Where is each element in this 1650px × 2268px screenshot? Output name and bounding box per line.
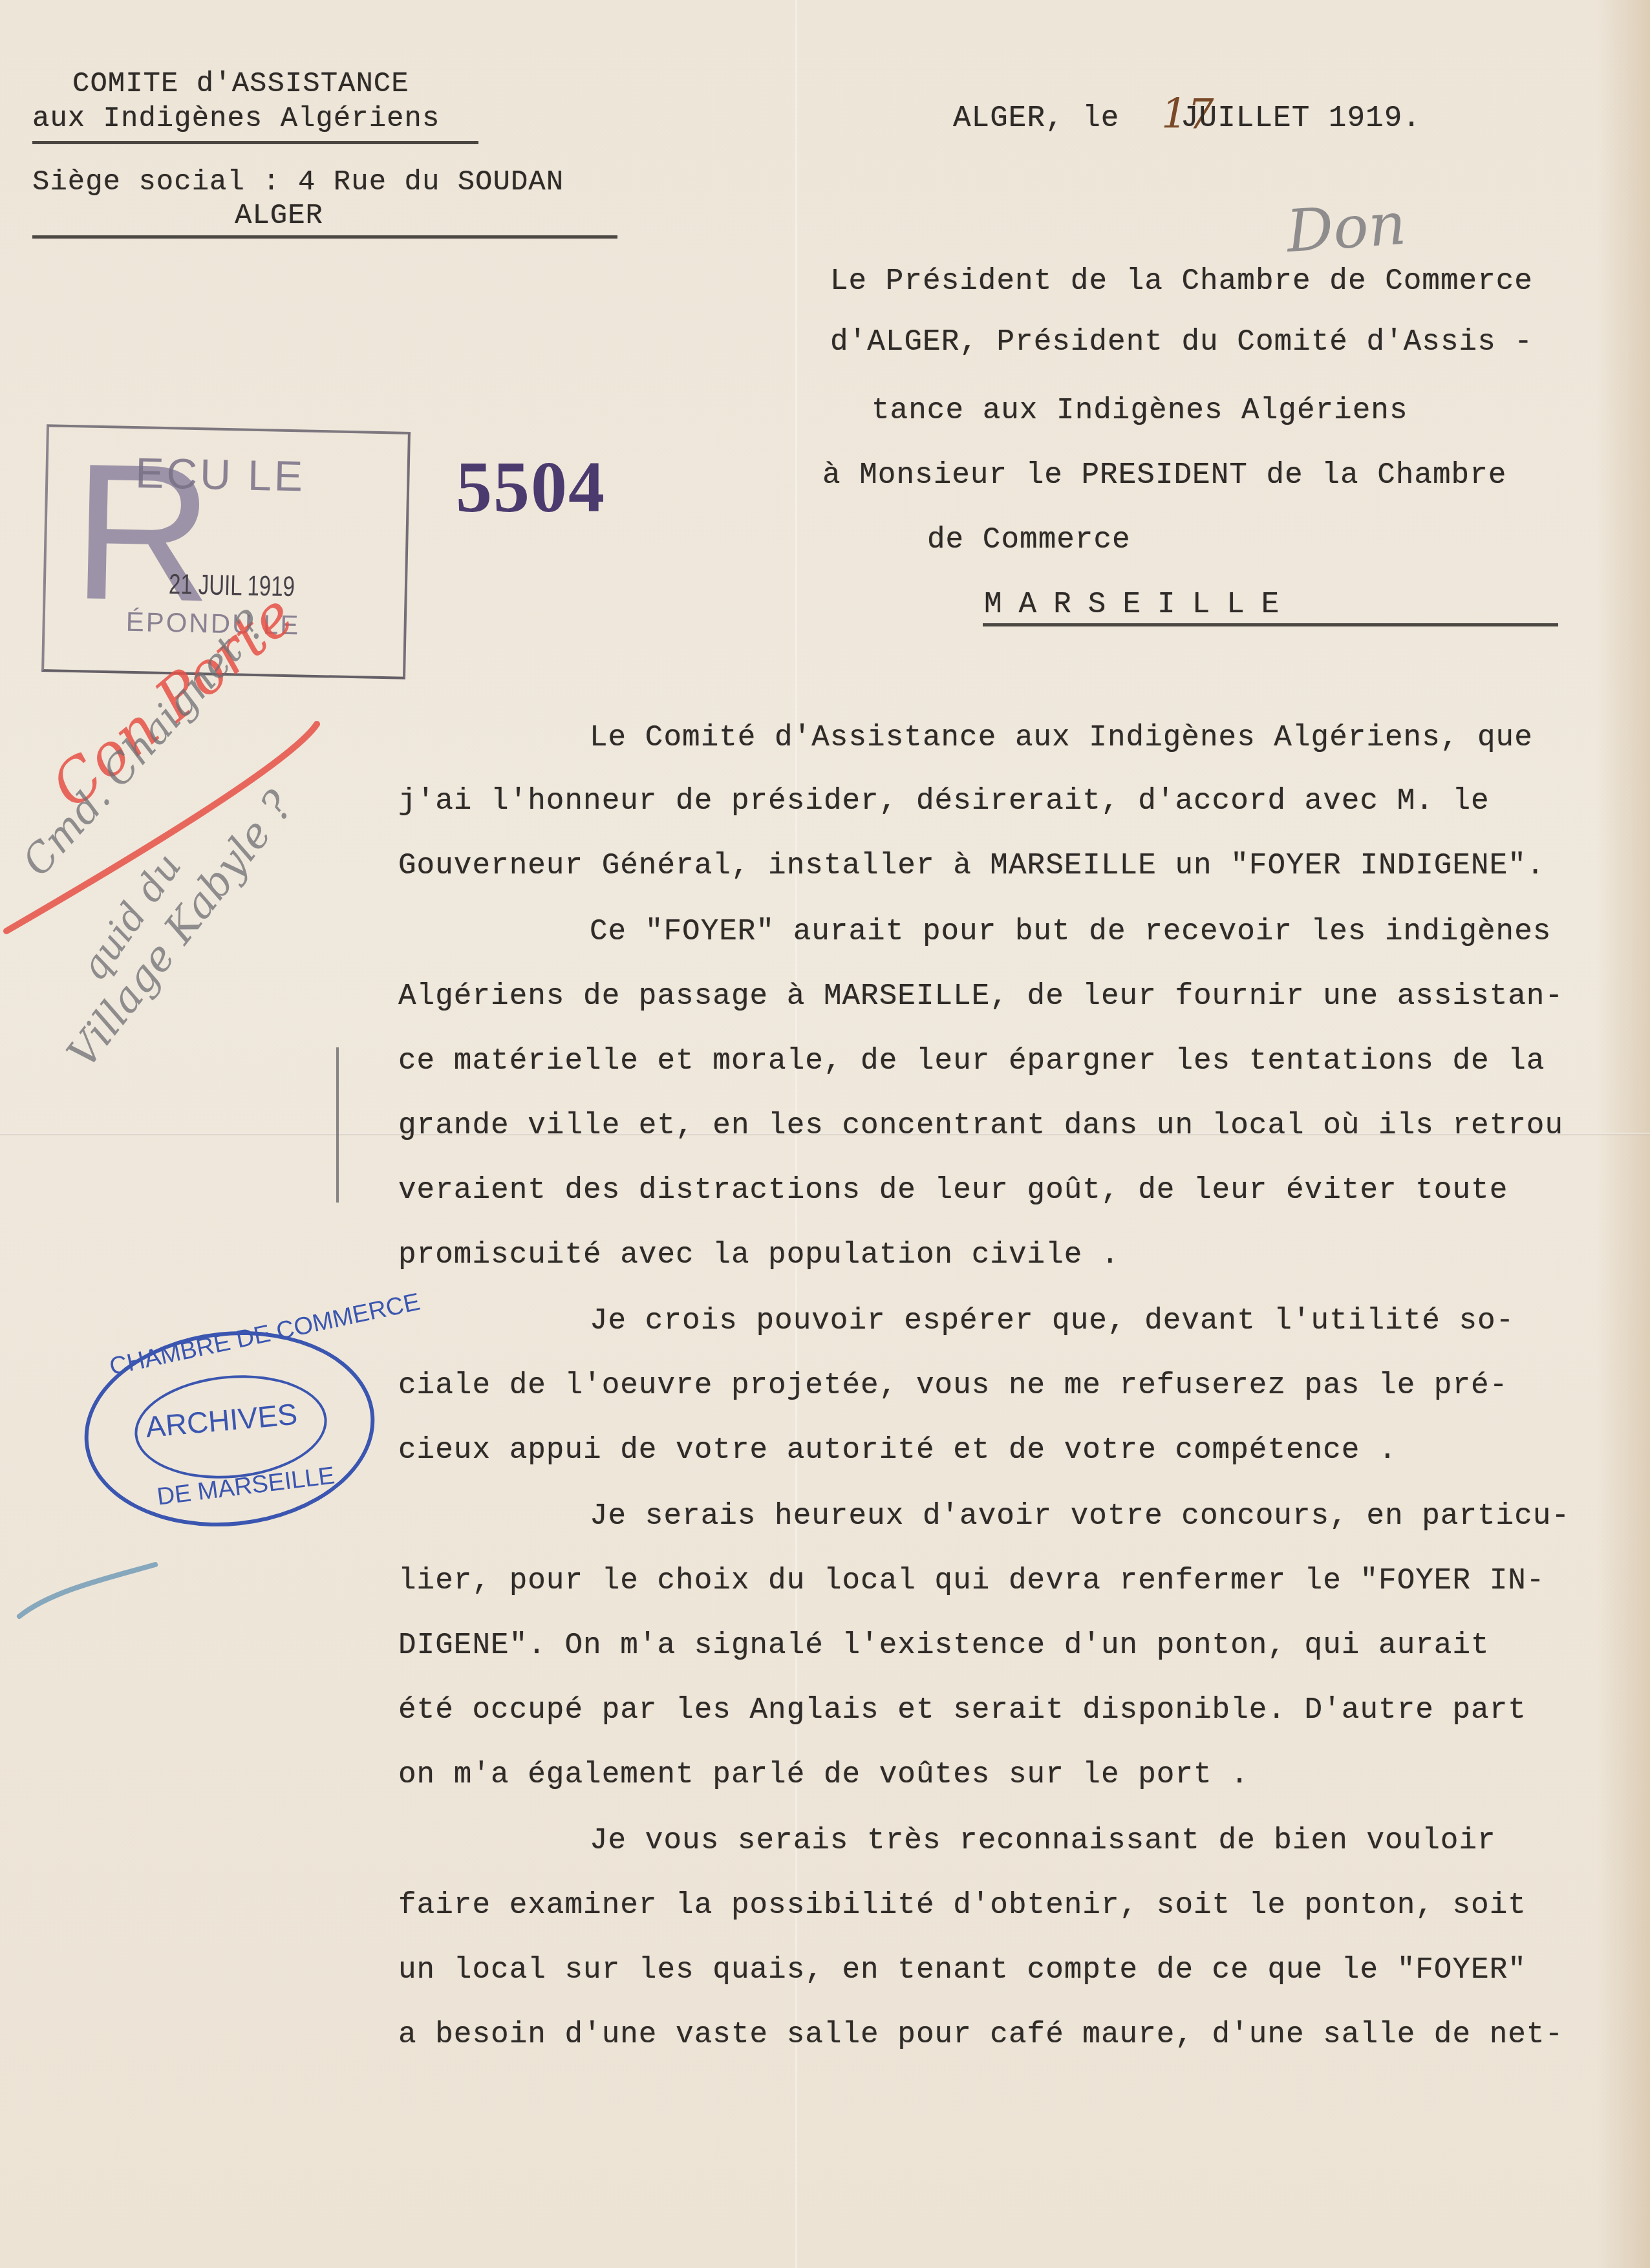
pencil-initials: Don: [1285, 190, 1408, 266]
recipient-line-1: à Monsieur le PRESIDENT de la Chambre: [822, 460, 1506, 490]
letterhead-rule-2: [32, 235, 617, 239]
body-line: Le Comité d'Assistance aux Indigènes Alg…: [590, 723, 1533, 753]
dateline-prefix: ALGER, le: [953, 103, 1119, 133]
sender-line-2: d'ALGER, Président du Comité d'Assis -: [830, 327, 1533, 357]
letter-page: COMITE d'ASSISTANCE aux Indigènes Algéri…: [0, 0, 1650, 2268]
body-line: ce matérielle et morale, de leur épargne…: [398, 1046, 1545, 1076]
recipient-city-underline: [983, 623, 1558, 626]
recipient-city: MARSEILLE: [984, 590, 1296, 619]
dateline-month-year: JUILLET 1919.: [1181, 103, 1421, 133]
body-line: veraient des distractions de leur goût, …: [398, 1175, 1508, 1205]
body-line: un local sur les quais, en tenant compte…: [398, 1955, 1527, 1985]
body-line: été occupé par les Anglais et serait dis…: [398, 1695, 1527, 1725]
body-line: faire examiner la possibilité d'obtenir,…: [398, 1890, 1527, 1920]
body-line: Je vous serais très reconnaissant de bie…: [590, 1826, 1496, 1856]
body-line: on m'a également parlé de voûtes sur le …: [398, 1760, 1249, 1790]
sender-line-3: tance aux Indigènes Algériens: [872, 396, 1408, 425]
body-line: Je crois pouvoir espérer que, devant l'u…: [590, 1306, 1514, 1336]
body-line: lier, pour le choix du local qui devra r…: [398, 1566, 1545, 1596]
body-line: j'ai l'honneur de présider, désirerait, …: [398, 786, 1490, 816]
letterhead-city: ALGER: [235, 202, 323, 230]
received-stamp-top: ECU LE: [135, 448, 306, 500]
body-line: grande ville et, en les concentrant dans…: [398, 1111, 1563, 1140]
letterhead-line-2: aux Indigènes Algériens: [32, 105, 440, 133]
body-line: Je serais heureux d'avoir votre concours…: [590, 1501, 1570, 1531]
archives-stamp: CHAMBRE DE COMMERCE ARCHIVES DE MARSEILL…: [84, 1332, 375, 1526]
body-line: Algériens de passage à MARSEILLE, de leu…: [398, 981, 1563, 1011]
recipient-line-2: de Commerce: [927, 525, 1131, 555]
letterhead-address: Siège social : 4 Rue du SOUDAN: [32, 168, 564, 197]
letterhead-line-1: COMITE d'ASSISTANCE: [72, 70, 409, 98]
body-line: DIGENE". On m'a signalé l'existence d'un…: [398, 1631, 1490, 1660]
body-line: Ce "FOYER" aurait pour but de recevoir l…: [590, 917, 1551, 947]
body-line: promiscuité avec la population civile .: [398, 1240, 1120, 1270]
blue-pencil-mark-icon: [13, 1552, 168, 1623]
reference-number-stamp: 5504: [456, 446, 606, 530]
letterhead-rule-1: [32, 141, 478, 144]
body-line: cieux appui de votre autorité et de votr…: [398, 1435, 1397, 1465]
body-line: Gouverneur Général, installer à MARSEILL…: [398, 851, 1545, 881]
pencil-vertical-mark: [336, 1047, 339, 1203]
sender-line-1: Le Président de la Chambre de Commerce: [830, 266, 1533, 296]
body-line: ciale de l'oeuvre projetée, vous ne me r…: [398, 1371, 1508, 1400]
body-line: a besoin d'une vaste salle pour café mau…: [398, 2020, 1563, 2049]
